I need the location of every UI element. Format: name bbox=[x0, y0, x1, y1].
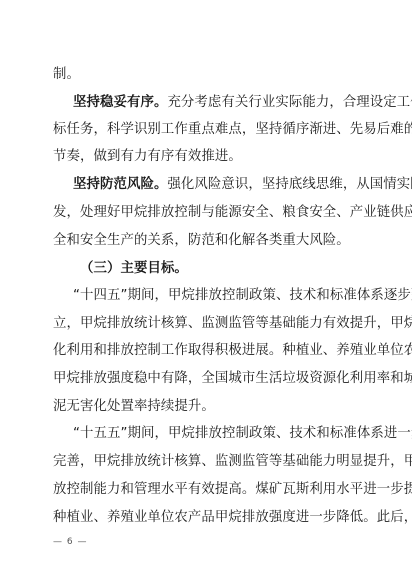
text: 强化风险意识，坚持底线思维，从国情实际出 bbox=[167, 177, 412, 192]
text: “十四五”期间，甲烷排放控制政策、技术和标准体系逐步建 bbox=[73, 288, 412, 303]
text-line: 标任务，科学识别工作重点难点，坚持循序渐进、先易后难的工作 bbox=[53, 122, 361, 138]
text-line: 立，甲烷排放统计核算、监测监管等基础能力有效提升，甲烷资源 bbox=[53, 316, 361, 332]
paragraph-risk-prevention: 坚持防范风险。强化风险意识，坚持底线思维，从国情实际出 bbox=[73, 177, 381, 193]
text-line: 发，处理好甲烷排放控制与能源安全、粮食安全、产业链供应链安 bbox=[53, 205, 361, 221]
text-line: 完善，甲烷排放统计核算、监测监管等基础能力明显提升，甲烷排 bbox=[53, 454, 361, 470]
text: 充分考虑有关行业实际能力，合理设定工作目 bbox=[167, 95, 412, 110]
text: 节奏，做到有力有序有效推进。 bbox=[53, 149, 242, 164]
text: 制。 bbox=[53, 67, 80, 82]
text: 放控制能力和管理水平有效提高。煤矿瓦斯利用水平进一步提高， bbox=[53, 482, 412, 497]
text-line: 甲烷排放强度稳中有降，全国城市生活垃圾资源化利用率和城市污 bbox=[53, 371, 361, 387]
text: 完善，甲烷排放统计核算、监测监管等基础能力明显提升，甲烷排 bbox=[53, 454, 412, 469]
text-line: 泥无害化处置率持续提升。 bbox=[53, 399, 361, 415]
text-line: 全和安全生产的关系，防范和化解各类重大风险。 bbox=[53, 233, 361, 249]
text: “十五五”期间，甲烷排放控制政策、技术和标准体系进一步 bbox=[73, 426, 412, 441]
section-heading: （三）主要目标。 bbox=[80, 261, 388, 277]
document-page: 制。 坚持稳妥有序。充分考虑有关行业实际能力，合理设定工作目 标任务，科学识别工… bbox=[0, 0, 412, 584]
paragraph-heading: 坚持稳妥有序。 bbox=[73, 95, 167, 110]
paragraph-15th-plan: “十五五”期间，甲烷排放控制政策、技术和标准体系进一步 bbox=[73, 426, 381, 442]
text: 化利用和排放控制工作取得积极进展。种植业、养殖业单位农产品 bbox=[53, 343, 412, 358]
paragraph-14th-plan: “十四五”期间，甲烷排放控制政策、技术和标准体系逐步建 bbox=[73, 288, 381, 304]
text: 发，处理好甲烷排放控制与能源安全、粮食安全、产业链供应链安 bbox=[53, 205, 412, 220]
text-line: 制。 bbox=[53, 67, 361, 83]
text: 种植业、养殖业单位农产品甲烷排放强度进一步降低。此后，石油 bbox=[53, 510, 412, 525]
text: 泥无害化处置率持续提升。 bbox=[53, 399, 215, 414]
text: 标任务，科学识别工作重点难点，坚持循序渐进、先易后难的工作 bbox=[53, 122, 412, 137]
section-title: （三）主要目标。 bbox=[80, 261, 188, 276]
text: 立，甲烷排放统计核算、监测监管等基础能力有效提升，甲烷资源 bbox=[53, 316, 412, 331]
text: 甲烷排放强度稳中有降，全国城市生活垃圾资源化利用率和城市污 bbox=[53, 371, 412, 386]
text-line: 种植业、养殖业单位农产品甲烷排放强度进一步降低。此后，石油 bbox=[53, 510, 361, 526]
text-line: 节奏，做到有力有序有效推进。 bbox=[53, 149, 361, 165]
page-number: — 6 — bbox=[53, 537, 87, 547]
text-line: 化利用和排放控制工作取得积极进展。种植业、养殖业单位农产品 bbox=[53, 343, 361, 359]
text: 全和安全生产的关系，防范和化解各类重大风险。 bbox=[53, 233, 350, 248]
text-line: 放控制能力和管理水平有效提高。煤矿瓦斯利用水平进一步提高， bbox=[53, 482, 361, 498]
paragraph-heading: 坚持防范风险。 bbox=[73, 177, 167, 192]
paragraph-stable-orderly: 坚持稳妥有序。充分考虑有关行业实际能力，合理设定工作目 bbox=[73, 95, 381, 111]
